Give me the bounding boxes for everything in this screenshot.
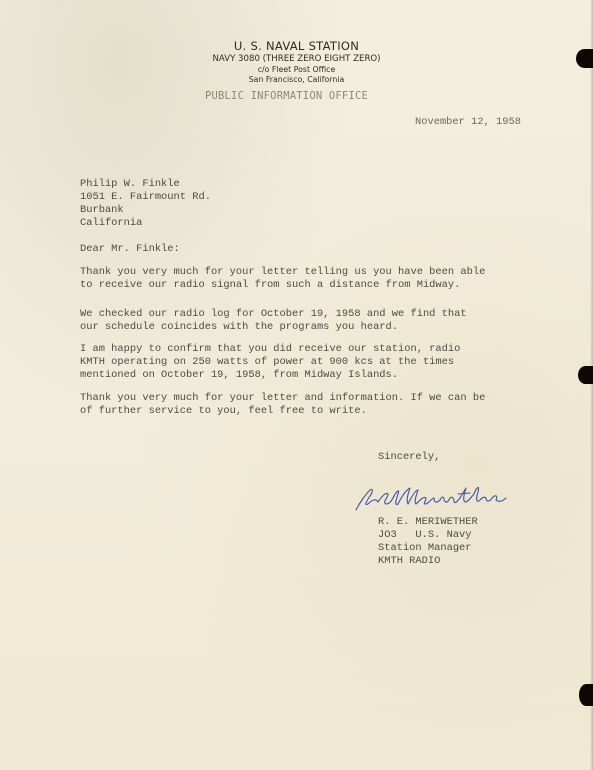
body-paragraph: Thank you very much for your letter tell… — [80, 266, 485, 292]
binder-hole — [576, 49, 593, 68]
address-line: Philip W. Finkle — [80, 178, 211, 191]
address-line: 1051 E. Fairmount Rd. — [80, 191, 211, 204]
public-information-office-stamp: PUBLIC INFORMATION OFFICE — [0, 90, 573, 102]
binder-hole — [579, 684, 593, 706]
address-line: Burbank — [80, 204, 211, 217]
signer-station: KMTH RADIO — [378, 555, 478, 568]
signer-name: R. E. MERIWETHER — [378, 516, 478, 529]
binder-hole — [578, 366, 593, 384]
letterhead-fpo: c/o Fleet Post Office — [0, 65, 593, 74]
signer-rank: JO3 U.S. Navy — [378, 529, 478, 542]
salutation: Dear Mr. Finkle: — [80, 243, 180, 256]
address-line: California — [80, 217, 211, 230]
handwritten-signature — [352, 482, 512, 514]
letterhead-title: U. S. NAVAL STATION — [0, 39, 593, 53]
signer-title: Station Manager — [378, 542, 478, 555]
closing: Sincerely, — [378, 451, 440, 464]
letterhead-navy-number: NAVY 3080 (THREE ZERO EIGHT ZERO) — [0, 54, 593, 64]
recipient-address: Philip W. Finkle1051 E. Fairmount Rd.Bur… — [80, 178, 211, 230]
body-paragraph: I am happy to confirm that you did recei… — [80, 343, 460, 382]
letterhead-city: San Francisco, California — [0, 75, 593, 84]
body-paragraph: Thank you very much for your letter and … — [80, 392, 485, 418]
body-paragraph: We checked our radio log for October 19,… — [80, 308, 467, 334]
letter-date: November 12, 1958 — [415, 116, 521, 129]
signature-block: R. E. MERIWETHERJO3 U.S. NavyStation Man… — [378, 516, 478, 568]
